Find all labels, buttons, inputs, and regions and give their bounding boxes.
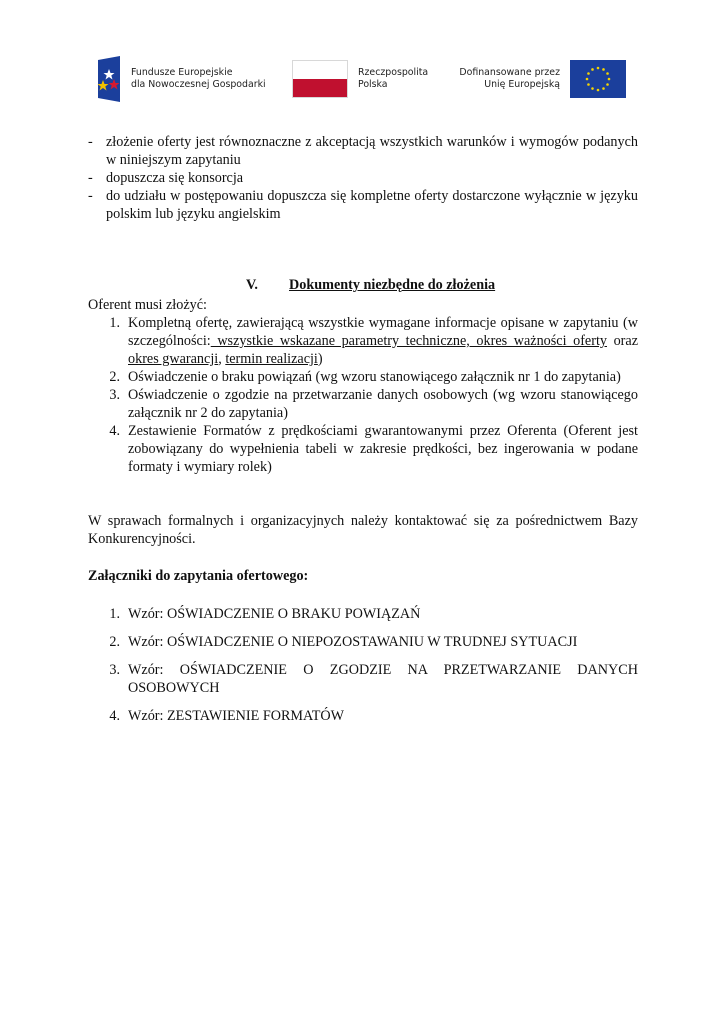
item-number: 4.	[88, 707, 128, 725]
attachment-text: Wzór: OŚWIADCZENIE O NIEPOZOSTAWANIU W T…	[128, 633, 638, 651]
attachment-text: Wzór: OŚWIADCZENIE O ZGODZIE NA PRZETWAR…	[128, 661, 638, 697]
eu-logo-line2: Unię Europejską	[459, 79, 560, 91]
polish-flag-icon	[292, 60, 348, 98]
logo-unia-europejska: Dofinansowane przez Unię Europejską	[459, 59, 626, 99]
contact-paragraph: W sprawach formalnych i organizacyjnych …	[88, 512, 638, 548]
item-text: Kompletną ofertę, zawierającą wszystkie …	[128, 314, 638, 368]
section-number: V.	[246, 277, 258, 294]
section-title: Dokumenty niezbędne do złożenia	[289, 277, 495, 294]
item-number: 3.	[88, 386, 128, 422]
dash-marker: -	[88, 187, 106, 223]
conditions-list: -złożenie oferty jest równoznaczne z akc…	[88, 133, 638, 223]
attachment-item: 4.Wzór: ZESTAWIENIE FORMATÓW	[88, 707, 638, 725]
attachment-text: Wzór: ZESTAWIENIE FORMATÓW	[128, 707, 638, 725]
required-document-item: 2.Oświadczenie o braku powiązań (wg wzor…	[88, 368, 638, 386]
item-text: Oświadczenie o zgodzie na przetwarzanie …	[128, 386, 638, 422]
condition-item: -złożenie oferty jest równoznaczne z akc…	[88, 133, 638, 169]
eu-flag-icon	[570, 60, 626, 98]
dash-marker: -	[88, 133, 106, 169]
item-number: 4.	[88, 422, 128, 476]
item-number: 3.	[88, 661, 128, 697]
required-documents-list: 1.Kompletną ofertę, zawierającą wszystki…	[88, 314, 638, 476]
required-document-item: 3.Oświadczenie o zgodzie na przetwarzani…	[88, 386, 638, 422]
logo-bar: Fundusze Europejskie dla Nowoczesnej Gos…	[96, 56, 626, 102]
item-number: 2.	[88, 633, 128, 651]
rp-logo-line1: Rzeczpospolita	[358, 67, 428, 79]
item-text: Oświadczenie o braku powiązań (wg wzoru …	[128, 368, 638, 386]
condition-text: dopuszcza się konsorcja	[106, 169, 638, 187]
fe-logo-icon	[96, 56, 122, 102]
item-number: 1.	[88, 314, 128, 368]
condition-item: -do udziału w postępowaniu dopuszcza się…	[88, 187, 638, 223]
rp-logo-line2: Polska	[358, 79, 428, 91]
eu-logo-line1: Dofinansowane przez	[459, 67, 560, 79]
logo-fundusze-europejskie: Fundusze Europejskie dla Nowoczesnej Gos…	[96, 56, 266, 102]
attachment-text: Wzór: OŚWIADCZENIE O BRAKU POWIĄZAŃ	[128, 605, 638, 623]
fe-logo-line1: Fundusze Europejskie	[131, 67, 266, 79]
attachment-item: 1.Wzór: OŚWIADCZENIE O BRAKU POWIĄZAŃ	[88, 605, 638, 623]
dash-marker: -	[88, 169, 106, 187]
fe-logo-line2: dla Nowoczesnej Gospodarki	[131, 79, 266, 91]
required-document-item: 4.Zestawienie Formatów z prędkościami gw…	[88, 422, 638, 476]
logo-rzeczpospolita-polska: Rzeczpospolita Polska	[292, 59, 428, 99]
condition-text: złożenie oferty jest równoznaczne z akce…	[106, 133, 638, 169]
required-document-item: 1.Kompletną ofertę, zawierającą wszystki…	[88, 314, 638, 368]
condition-text: do udziału w postępowaniu dopuszcza się …	[106, 187, 638, 223]
item-number: 2.	[88, 368, 128, 386]
item-text: Zestawienie Formatów z prędkościami gwar…	[128, 422, 638, 476]
attachments-list: 1.Wzór: OŚWIADCZENIE O BRAKU POWIĄZAŃ2.W…	[88, 605, 638, 725]
attachment-item: 2.Wzór: OŚWIADCZENIE O NIEPOZOSTAWANIU W…	[88, 633, 638, 651]
attachment-item: 3.Wzór: OŚWIADCZENIE O ZGODZIE NA PRZETW…	[88, 661, 638, 697]
attachments-heading: Załączniki do zapytania ofertowego:	[88, 567, 638, 585]
attachments-section: 1.Wzór: OŚWIADCZENIE O BRAKU POWIĄZAŃ2.W…	[88, 605, 638, 735]
required-documents: Oferent musi złożyć: 1.Kompletną ofertę,…	[88, 296, 638, 476]
item-number: 1.	[88, 605, 128, 623]
condition-item: -dopuszcza się konsorcja	[88, 169, 638, 187]
intro-text: Oferent musi złożyć:	[88, 296, 638, 314]
